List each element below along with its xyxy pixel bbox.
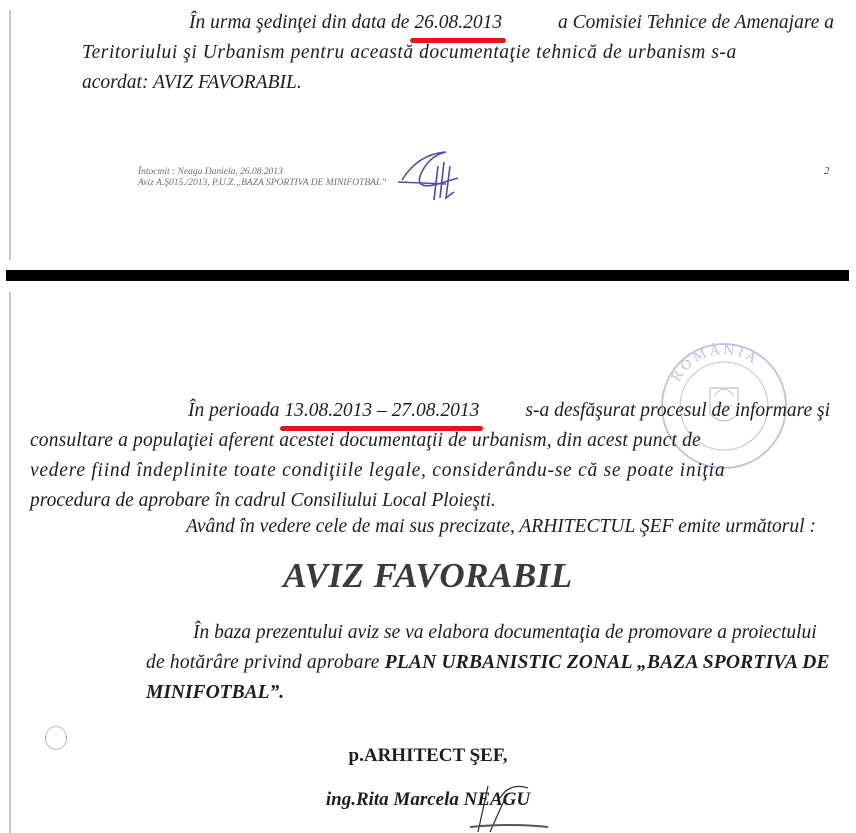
highlighted-date: 26.08.2013 [414, 8, 502, 38]
top-page-edge [9, 10, 11, 260]
consultation-line-3: vedere fiind îndeplinite toate condiţiil… [30, 456, 830, 486]
top-paragraph-line-1: În urma şedinţei din data de 26.08.2013 … [82, 8, 834, 38]
intro-paragraph: Având în vedere cele de mai sus precizat… [186, 512, 816, 542]
conclusion-paragraph: În baza prezentului aviz se va elabora d… [146, 618, 830, 708]
consultation-line-1: În perioada 13.08.2013 – 27.08.2013 s-a … [30, 396, 830, 426]
signatory-name: ing.Rita Marcela NEAGU [0, 789, 856, 811]
conclusion-line-1: În baza prezentului aviz se va elabora d… [146, 618, 830, 648]
conclusion-line-3: MINIFOTBAL”. [146, 678, 830, 708]
plan-name: PLAN URBANISTIC ZONAL „BAZA SPORTIVA DE [385, 652, 830, 673]
footer-prepared-by: Întocmit : Neagu Daniela, 26.08.2013 [138, 167, 387, 178]
page-divider-bar [6, 270, 849, 281]
document-title: AVIZ FAVORABIL [0, 556, 856, 596]
footer-reference: Aviz A.Ş015./2013, P.U.Z.„BAZA SPORTIVA … [138, 178, 387, 189]
signatory-role: p.ARHITECT ŞEF, [0, 745, 856, 767]
highlighted-period: 13.08.2013 – 27.08.2013 [284, 396, 479, 426]
conclusion-line-2: de hotărâre privind aprobare PLAN URBANI… [146, 648, 830, 678]
top-paragraph-line-3: acordat: AVIZ FAVORABIL. [82, 68, 834, 98]
top-paragraph: În urma şedinţei din data de 26.08.2013 … [82, 8, 834, 98]
footer-note: Întocmit : Neagu Daniela, 26.08.2013 Avi… [138, 167, 387, 189]
consultation-paragraph: În perioada 13.08.2013 – 27.08.2013 s-a … [30, 396, 830, 516]
signature-icon [398, 148, 468, 208]
page-number: 2 [824, 165, 830, 177]
signature-icon [470, 776, 550, 833]
